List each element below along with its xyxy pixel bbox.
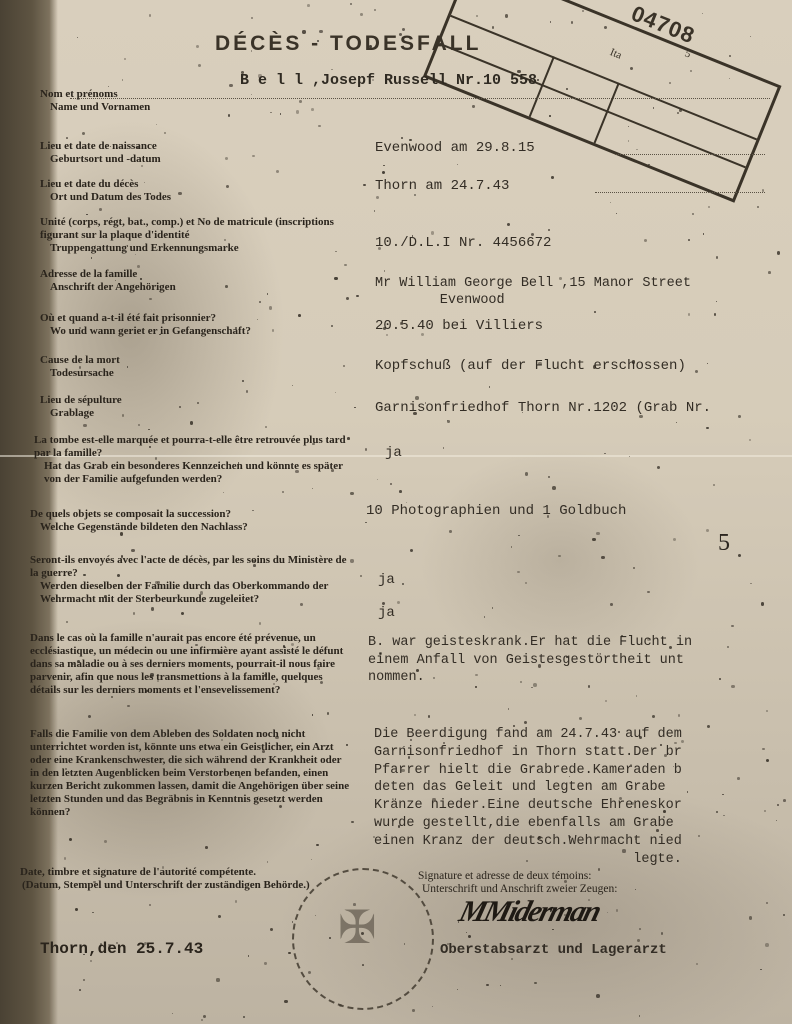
field-value-cause: Kopfschuß (auf der Flucht erschossen) (375, 358, 686, 375)
divider (595, 192, 765, 193)
deceased-name-line: B e l l ,Josepf Russell Nr.10 558 (240, 72, 537, 89)
field-label-birth: Lieu et date de naissance Geburtsort und… (40, 140, 340, 166)
official-seal-stamp: ✠ (292, 868, 434, 1010)
field-label-captured: Où et quand a-t-il été fait prisonnier? … (40, 312, 350, 338)
field-label-grave-marked: La tombe est-elle marquée et pourra-t-el… (34, 434, 354, 486)
authority-label: Date, timbre et signature de l'autorité … (20, 866, 340, 892)
field-label-last-moments-fr: Dans le cas où la famille n'aurait pas e… (30, 632, 350, 697)
field-value-death: Thorn am 24.7.43 (375, 178, 509, 195)
field-value-effects-sent-fr: ja (378, 572, 395, 589)
field-label-burial: Lieu de sépulture Grablage (40, 394, 340, 420)
witnesses-label: Signature et adresse de deux témoins: Un… (418, 870, 748, 896)
field-label-family-address: Adresse de la famille Anschrift der Ange… (40, 268, 340, 294)
divider (615, 154, 765, 155)
field-value-captured: 20.5.40 bei Villiers (375, 318, 543, 335)
field-value-estate: 10 Photographien und 1 Goldbuch (366, 503, 626, 520)
eagle-emblem-icon: ✠ (338, 900, 377, 954)
signer-title: Oberstabsarzt und Lagerarzt (440, 942, 667, 959)
field-value-grave-marked: ja (385, 445, 402, 462)
field-label-effects-sent: Seront-ils envoyés avec l'acte de décès,… (30, 554, 350, 606)
field-value-burial-report: Die Beerdigung fand am 24.7.43 auf dem G… (374, 726, 682, 868)
field-value-family-address: Mr William George Bell ,15 Manor Street … (375, 275, 691, 309)
signature: MMiderman (455, 895, 603, 929)
field-label-name: Nom et prénoms Name und Vornamen (40, 88, 340, 114)
field-value-last-moments: B. war geisteskrank.Er hat die Flucht in… (368, 634, 692, 687)
field-label-last-moments-de: Falls die Familie von dem Ableben des So… (30, 728, 350, 819)
field-label-unit: Unité (corps, régt, bat., comp.) et No d… (40, 216, 345, 255)
issue-date: Thorn,den 25.7.43 (40, 940, 203, 958)
field-label-estate: De quels objets se composait la successi… (30, 508, 350, 534)
document-title: DÉCÈS - TODESFALL (215, 32, 481, 56)
field-label-cause: Cause de la mort Todesursache (40, 354, 340, 380)
handwritten-mark: 5 (718, 530, 730, 557)
field-value-unit: 10./D.L.I Nr. 4456672 (375, 235, 551, 252)
field-value-effects-sent-de: ja (378, 605, 395, 622)
field-value-birth: Evenwood am 29.8.15 (375, 140, 535, 157)
field-label-death: Lieu et date du décès Ort und Datum des … (40, 178, 340, 204)
